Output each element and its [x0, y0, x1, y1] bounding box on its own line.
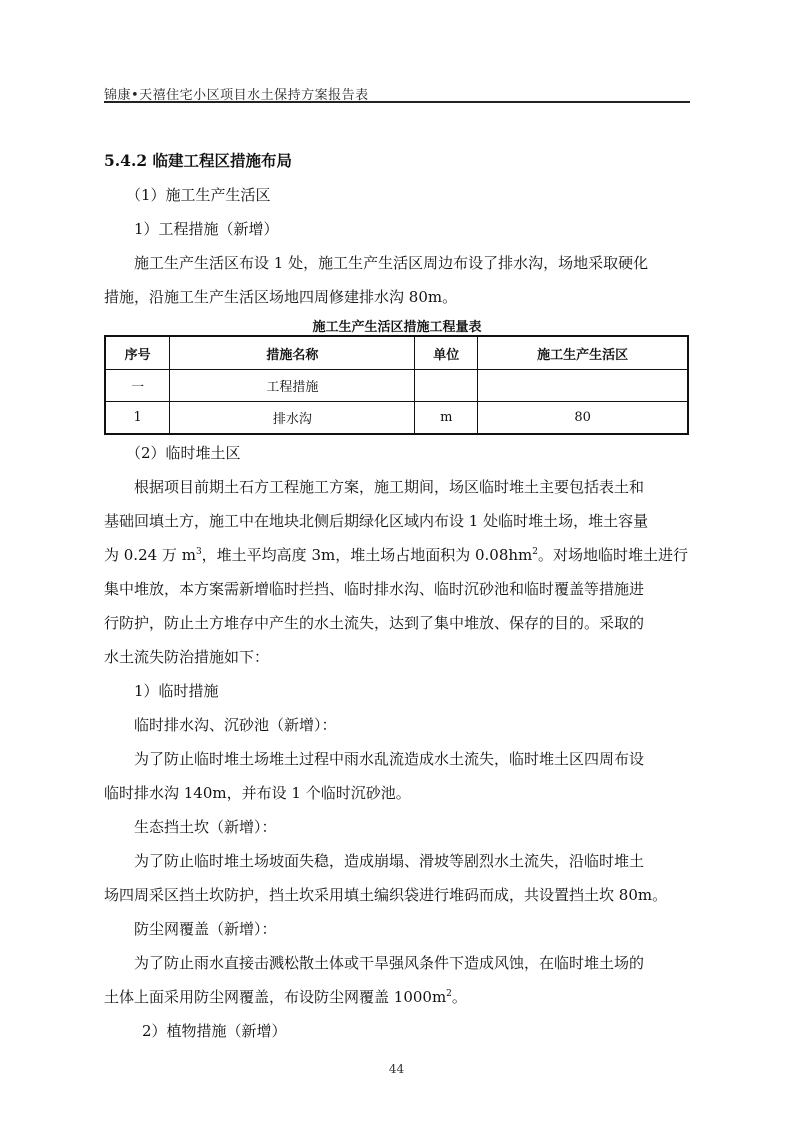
- text-run: 为 0.24 万 m: [104, 546, 196, 564]
- table-cell: 80: [478, 402, 688, 435]
- table-cell: m: [415, 402, 478, 435]
- measure-title: 临时排水沟、沉砂池（新增）：: [134, 718, 720, 733]
- item-title: 2）植物措施（新增）: [142, 1024, 728, 1039]
- paragraph-line: 场四周采区挡土坎防护，挡土坎采用填土编织袋进行堆码而成，共设置挡土坎 80m。: [104, 888, 690, 903]
- table-cell: [415, 370, 478, 402]
- table-cell: 1: [105, 402, 170, 435]
- measure-title: 防尘网覆盖（新增）：: [134, 922, 720, 937]
- paragraph-line: 为了防止临时堆土场堆土过程中雨水乱流造成水土流失，临时堆土区四周布设: [134, 752, 720, 767]
- paragraph-line: 土体上面采用防尘网覆盖，布设防尘网覆盖 1000m2。: [104, 990, 690, 1005]
- table-header-cell: 单位: [415, 336, 478, 370]
- table-header-cell: 措施名称: [170, 336, 415, 370]
- paragraph-line: 行防护，防止土方堆存中产生的水土流失，达到了集中堆放、保存的目的。采取的: [104, 616, 690, 631]
- text-run: ，堆土平均高度 3m，堆土场占地面积为 0.08hm: [202, 546, 533, 564]
- paragraph-line: 措施，沿施工生产生活区场地四周修建排水沟 80m。: [104, 290, 690, 305]
- paragraph-line: 为 0.24 万 m3，堆土平均高度 3m，堆土场占地面积为 0.08hm2。对…: [104, 548, 690, 563]
- header-rule: [104, 101, 690, 103]
- paragraph-line: 临时排水沟 140m，并布设 1 个临时沉砂池。: [104, 786, 690, 801]
- paragraph-line: 水土流失防治措施如下：: [104, 650, 690, 665]
- table-header-row: 序号 措施名称 单位 施工生产生活区: [105, 336, 688, 370]
- text-run: 土体上面采用防尘网覆盖，布设防尘网覆盖 1000m: [104, 988, 446, 1006]
- paragraph-line: 为了防止雨水直接击溅松散土体或干旱强风条件下造成风蚀，在临时堆土场的: [134, 956, 720, 971]
- subsection-title: （1）施工生产生活区: [126, 188, 712, 203]
- measure-title: 生态挡土坎（新增）：: [134, 820, 720, 835]
- paragraph-line: 为了防止临时堆土场坡面失稳，造成崩塌、滑坡等剧烈水土流失，沿临时堆土: [134, 854, 720, 869]
- text-run: 。对场地临时堆土进行: [538, 546, 688, 564]
- table-cell: 工程措施: [170, 370, 415, 402]
- table-header-cell: 施工生产生活区: [478, 336, 688, 370]
- page-number: 44: [0, 1062, 793, 1076]
- table-header-cell: 序号: [105, 336, 170, 370]
- paragraph-line: 基础回填土方，施工中在地块北侧后期绿化区域内布设 1 处临时堆土场，堆土容量: [104, 514, 690, 529]
- paragraph-line: 施工生产生活区布设 1 处，施工生产生活区周边布设了排水沟，场地采取硬化: [134, 256, 720, 271]
- table-cell: 一: [105, 370, 170, 402]
- table-row: 1 排水沟 m 80: [105, 402, 688, 435]
- table-cell: 排水沟: [170, 402, 415, 435]
- table-row: 一 工程措施: [105, 370, 688, 402]
- table-caption: 施工生产生活区措施工程量表: [104, 316, 690, 335]
- paragraph-line: 集中堆放，本方案需新增临时拦挡、临时排水沟、临时沉砂池和临时覆盖等措施进: [104, 582, 690, 597]
- item-title: 1）临时措施: [134, 684, 720, 699]
- table-cell: [478, 370, 688, 402]
- measures-table: 序号 措施名称 单位 施工生产生活区 一 工程措施 1 排水沟 m 80: [104, 335, 689, 435]
- paragraph-line: 根据项目前期土石方工程施工方案，施工期间，场区临时堆土主要包括表土和: [134, 480, 720, 495]
- text-run: 。: [452, 988, 467, 1006]
- subsection-title: （2）临时堆土区: [126, 446, 712, 461]
- section-heading: 5.4.2 临建工程区措施布局: [104, 153, 690, 168]
- item-title: 1）工程措施（新增）: [134, 222, 720, 237]
